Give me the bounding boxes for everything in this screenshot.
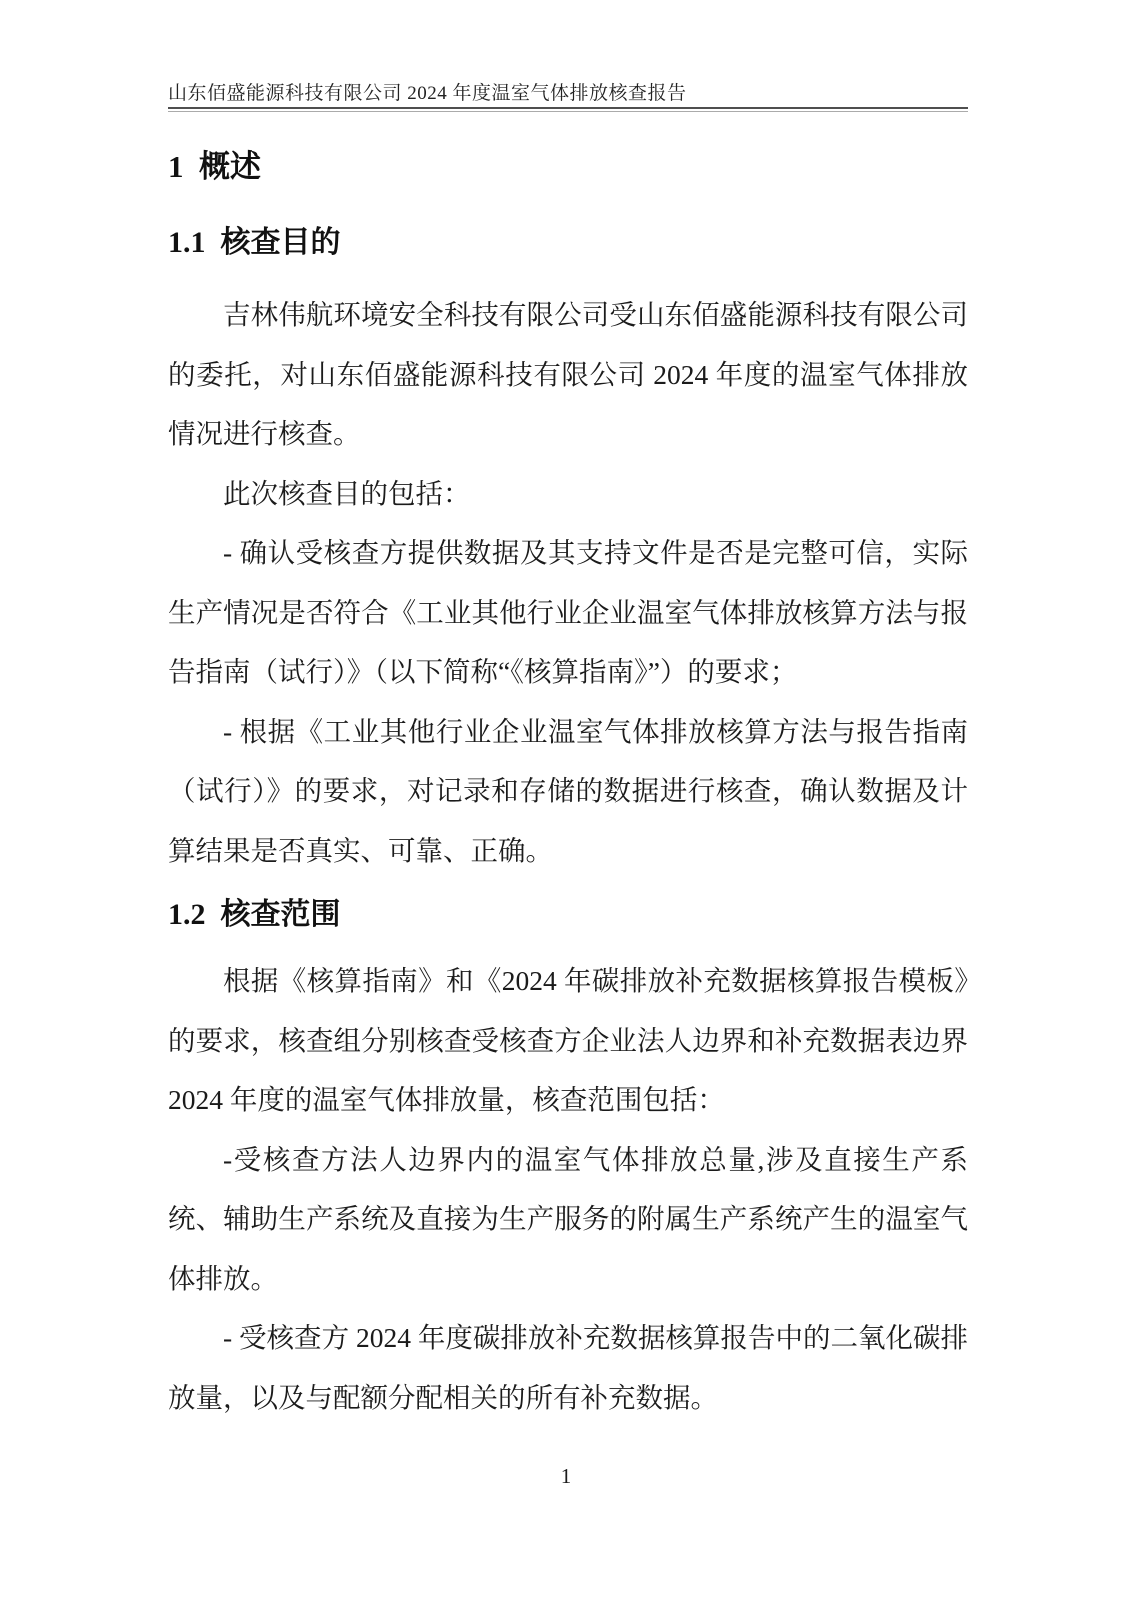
paragraph-entrust: 吉林伟航环境安全科技有限公司受山东佰盛能源科技有限公司的委托，对山东佰盛能源科技… [168,285,968,464]
chapter-1-heading: 1 概述 [168,141,968,186]
paragraph-scope-item-1: -受核查方法人边界内的温室气体排放总量,涉及直接生产系统、辅助生产系统及直接为生… [168,1130,968,1309]
header-rule [168,107,968,112]
page-number: 1 [0,1464,1132,1489]
section-1-2-body: 根据《核算指南》和《2024 年碳排放补充数据核算报告模板》的要求，核查组分别核… [168,951,968,1427]
paragraph-scope-item-2: - 受核查方 2024 年度碳排放补充数据核算报告中的二氧化碳排放量，以及与配额… [168,1308,968,1427]
report-page: 山东佰盛能源科技有限公司 2024 年度温室气体排放核查报告 1 概述 1.1 … [0,0,1132,1600]
paragraph-scope-intro: 根据《核算指南》和《2024 年碳排放补充数据核算报告模板》的要求，核查组分别核… [168,951,968,1130]
paragraph-purpose-item-2: - 根据《工业其他行业企业温室气体排放核算方法与报告指南（试行）》的要求，对记录… [168,702,968,881]
paragraph-purpose-intro: 此次核查目的包括： [168,464,968,524]
section-1-1-body: 吉林伟航环境安全科技有限公司受山东佰盛能源科技有限公司的委托，对山东佰盛能源科技… [168,285,968,880]
running-header: 山东佰盛能源科技有限公司 2024 年度温室气体排放核查报告 [168,78,968,110]
section-1-2-heading: 1.2 核查范围 [168,889,968,933]
section-1-1-heading: 1.1 核查目的 [168,217,968,261]
paragraph-purpose-item-1: - 确认受核查方提供数据及其支持文件是否是完整可信，实际生产情况是否符合《工业其… [168,523,968,702]
